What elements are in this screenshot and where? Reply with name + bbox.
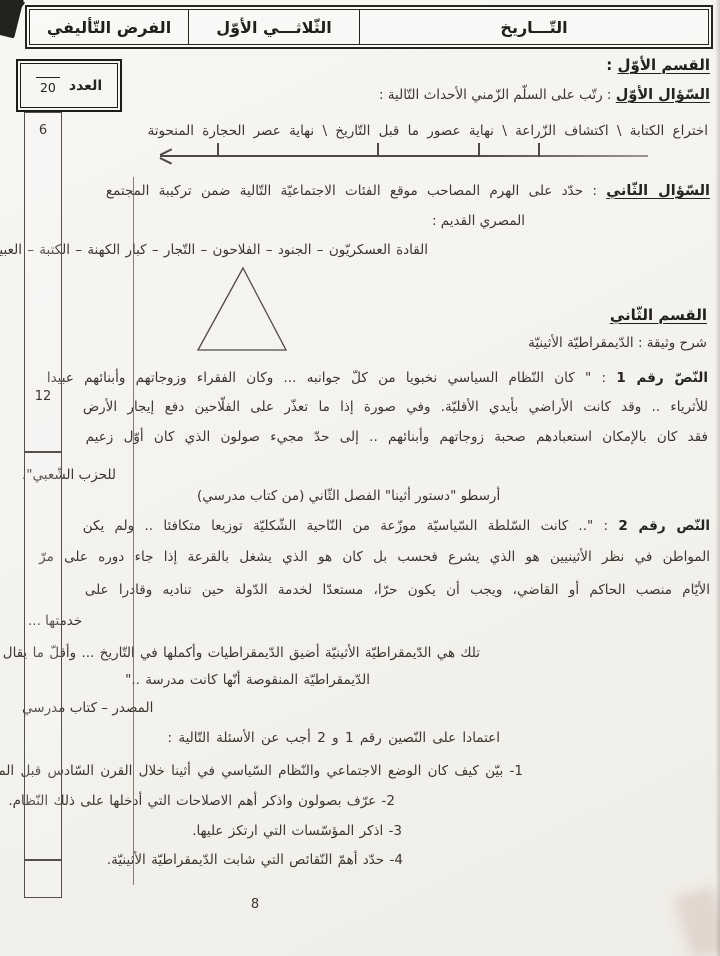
- pyramid-diagram: [195, 265, 289, 353]
- exam-header-table: التّـــاريخ الثّلاثـــي الأوّل الفرض الت…: [25, 5, 713, 49]
- grade-total: 20: [40, 80, 56, 95]
- text2-label: النّص رقم 2: [618, 518, 710, 534]
- text2-line1-body: : ".. كانت السّلطة السّياسيّة موزّعة من …: [83, 518, 619, 534]
- term-title: الثّلاثـــي الأوّل: [216, 18, 332, 37]
- scan-smudge: [673, 885, 720, 956]
- text1-line2: للأثرياء .. وقد كانت الأراضي بأيدي الأقل…: [83, 398, 708, 416]
- margin-mark-6: 6: [25, 123, 61, 138]
- question1-heading: السّؤال الأوّل : رتّب على السلّم الزّمني…: [379, 86, 710, 104]
- grade-box-inner: العدد 20: [20, 63, 118, 108]
- commentary-line2: الدّيمقراطيّة المنقوصة أنّها كانت مدرسة …: [125, 671, 370, 689]
- section2-title: القسم الثّاني: [610, 306, 707, 324]
- question1-text: : رتّب على السلّم الزّمني الأحداث التّال…: [379, 87, 616, 103]
- subject-title: التّـــاريخ: [500, 18, 567, 37]
- margin-score-cell-1: 6 12: [24, 112, 62, 452]
- header-cell-subject: التّـــاريخ: [360, 10, 708, 44]
- timeline-tick-2: [377, 143, 379, 157]
- exam-type-title: الفرض التّأليفي: [47, 18, 171, 37]
- content-divider-line: [133, 177, 134, 885]
- scan-edge-shadow: [715, 0, 720, 956]
- section1-title: القسم الأوّل :: [606, 56, 710, 74]
- section1-title-text: القسم الأوّل: [618, 56, 710, 74]
- grade-fraction: 20: [36, 77, 60, 95]
- text2-line1: النّص رقم 2 : ".. كانت السّلطة السّياسيّ…: [83, 517, 710, 535]
- document-subtitle: شرح وثيقة : الدّيمقراطيّة الأثينيّة: [528, 334, 707, 352]
- header-cell-term: الثّلاثـــي الأوّل: [189, 10, 360, 44]
- text2-line3: الأيّام منصب الحاكم أو القاضي، ويجب أن ي…: [85, 581, 710, 599]
- timeline-tick-1: [217, 143, 219, 157]
- question2-heading-line2: المصري القديم :: [432, 212, 525, 230]
- text1-line1: النّصّ رقم 1 : " كان النّظام السياسي نخب…: [47, 369, 708, 387]
- section1-title-colon: :: [606, 56, 617, 74]
- social-groups-list: القادة العسكريّون – الجنود – الفلاحون – …: [0, 241, 428, 259]
- grade-label: العدد: [69, 78, 102, 94]
- question2-text: : حدّد على الهرم المصاحب موقع الفئات الا…: [106, 183, 606, 199]
- header-cell-exam-type: الفرض التّأليفي: [30, 10, 189, 44]
- grade-box: العدد 20: [16, 59, 122, 112]
- scanned-exam-page: التّـــاريخ الثّلاثـــي الأوّل الفرض الت…: [0, 0, 720, 956]
- text1-label: النّصّ رقم 1: [616, 370, 708, 386]
- question1-label: السّؤال الأوّل: [616, 87, 710, 103]
- commentary-line1: تلك هي الدّيمقراطيّة الأثينيّة أضيق الدّ…: [0, 644, 480, 662]
- exam-header-inner: التّـــاريخ الثّلاثـــي الأوّل الفرض الت…: [29, 9, 709, 45]
- text2-line2: المواطن في نظر الأثينيين هو الذي يشرع فح…: [39, 548, 710, 566]
- grade-fraction-bar: [36, 77, 60, 78]
- margin-mark-12: 12: [25, 389, 61, 404]
- margin-score-cell-2: [24, 452, 62, 860]
- question2-label: السّؤال الثّاني: [606, 183, 710, 199]
- question2-heading: السّؤال الثّاني : حدّد على الهرم المصاحب…: [106, 182, 710, 200]
- questions-intro: اعتمادا على النّصين رقم 1 و 2 أجب عن الأ…: [168, 729, 500, 747]
- question1-events: اختراع الكتابة \ اكتشاف الزّراعة \ نهاية…: [148, 122, 708, 140]
- question-item-1: 1- بيّن كيف كان الوضع الاجتماعي والنّظام…: [0, 762, 523, 780]
- question-item-3: 3- اذكر المؤسّسات التي ارتكز عليها.: [192, 822, 402, 840]
- question-item-2: 2- عرّف بصولون واذكر أهم الاصلاحات التي …: [8, 792, 395, 810]
- margin-score-cell-3: [24, 860, 62, 898]
- timeline-tick-3: [478, 143, 480, 157]
- text1-line3: فقد كان بالإمكان استعبادهم صحبة زوجاتهم …: [86, 428, 708, 446]
- text1-attribution: أرسطو "دستور أثينا" الفصل الثّاني (من كت…: [197, 487, 500, 505]
- page-number: 8: [235, 897, 275, 912]
- timeline-arrowhead-lower: [160, 157, 172, 164]
- timeline-tick-4: [538, 143, 540, 157]
- timeline-line: [160, 155, 648, 157]
- question-item-4: 4- حدّد أهمّ النّقائص التي شابت الدّيمقر…: [107, 851, 403, 869]
